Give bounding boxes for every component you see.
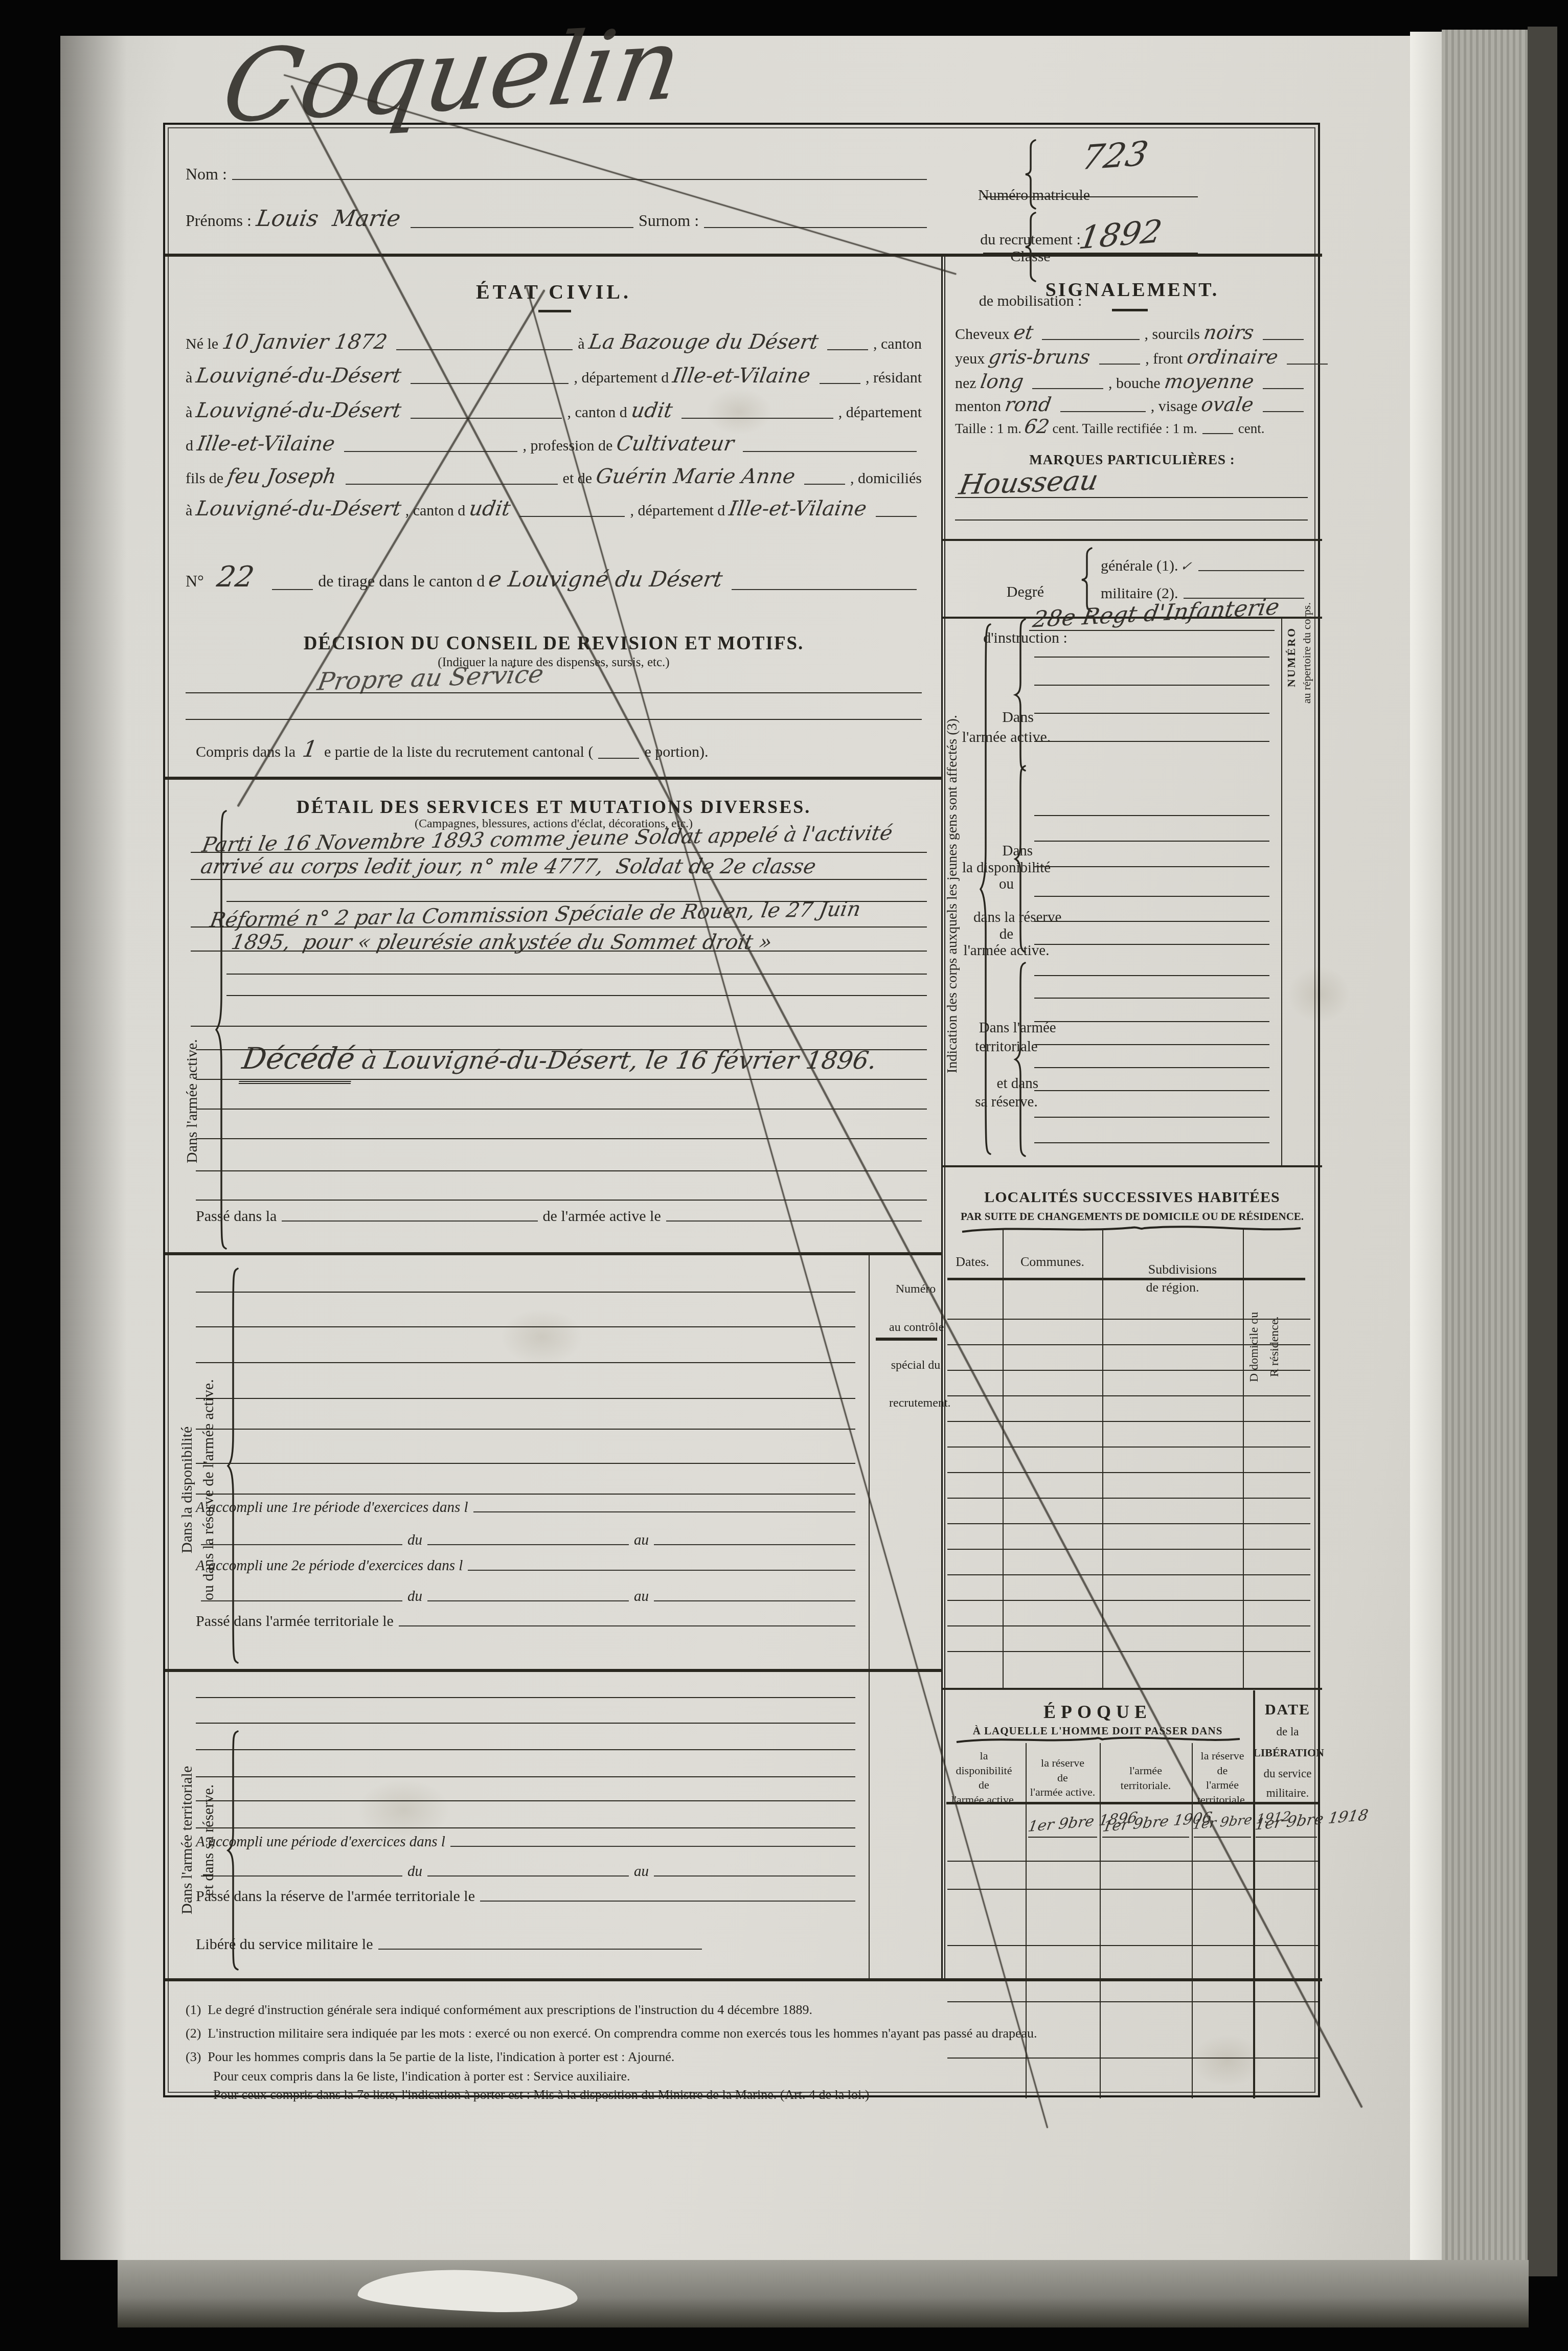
ruled-line	[947, 1319, 1310, 1320]
ruled-line	[196, 1398, 855, 1399]
fill-line	[681, 418, 833, 419]
fill-line	[396, 349, 573, 350]
bouche-label: , bouche	[1108, 375, 1161, 392]
libere-row: Libéré du service militaire le	[196, 1936, 707, 1953]
classe-brace	[1023, 212, 1038, 282]
bottom-page-stack-edge	[118, 2260, 1529, 2327]
ruled-line	[165, 254, 1322, 257]
etat-civil-line-6: à Louvigné-du-Désert , canton d udit , d…	[186, 497, 922, 521]
ruled-line	[947, 1498, 1310, 1499]
footnote-2: (2) L'instruction militaire sera indiqué…	[186, 2024, 1310, 2043]
departement-label: , département	[838, 404, 922, 421]
fill-line	[427, 1875, 629, 1877]
scanned-military-register-sheet: Coquelin Nom : Prénoms : Louis Marie Sur…	[0, 0, 1568, 2351]
compris-row: Compris dans la 1 e partie de la liste d…	[196, 736, 912, 762]
ruled-line	[955, 497, 1308, 498]
ruled-line	[1034, 657, 1269, 658]
ruled-line	[1034, 896, 1269, 897]
ruled-line	[947, 1549, 1310, 1550]
ruled-line	[196, 1049, 927, 1050]
title-dash	[1112, 309, 1148, 311]
corps-active-brace	[1013, 618, 1028, 772]
periode-2-dates-row: du au	[196, 1588, 860, 1605]
departement-label: , département d	[574, 369, 669, 387]
table-divider	[1100, 1743, 1101, 2098]
canton-dudit-handwriting: udit	[468, 497, 513, 521]
fill-line	[1263, 339, 1304, 340]
ruled-line	[1029, 630, 1275, 631]
ruled-line	[196, 1723, 855, 1724]
ruled-line	[196, 1697, 855, 1698]
fill-line	[282, 1220, 537, 1222]
fill-line	[473, 1511, 855, 1512]
compris-label-2: e partie de la liste du recrutement cant…	[324, 743, 593, 761]
ruled-line	[226, 974, 927, 975]
fill-line	[468, 1570, 855, 1571]
fill-line	[666, 1220, 922, 1222]
liberation-header-5: militaire.	[1253, 1784, 1322, 1801]
etat-civil-title: ÉTAT CIVIL.	[165, 277, 942, 307]
ruled-line	[947, 1889, 1318, 1890]
fill-line	[1099, 364, 1140, 365]
corps-territoriale-label: Dans l'arméeterritoriale et danssa réser…	[946, 1000, 1066, 1130]
ruled-line	[947, 1625, 1310, 1626]
prenoms-label: Prénoms :	[186, 211, 252, 230]
du-label: du	[407, 1588, 422, 1605]
periode-1-row: A accompli une 1re période d'exercices d…	[196, 1499, 860, 1516]
epoque-col-2-header: la réserve de l'armée active.	[1026, 1756, 1100, 1800]
fill-line	[344, 451, 518, 452]
ruled-line	[1034, 1090, 1269, 1091]
ruled-line	[947, 1600, 1310, 1601]
sourcils-value-handwriting: noirs	[1202, 321, 1255, 344]
ruled-line	[186, 719, 922, 720]
etat-civil-line-3: à Louvigné-du-Désert , canton d udit , d…	[186, 399, 922, 422]
taille-value-handwriting: 62	[1023, 415, 1051, 438]
yeux-label: yeux	[955, 350, 985, 368]
ruled-line	[191, 852, 927, 853]
fill-line	[411, 418, 562, 419]
prenoms-row: Prénoms : Louis Marie Surnom :	[186, 206, 932, 232]
ruled-line	[196, 1362, 855, 1363]
yeux-value-handwriting: gris-bruns	[987, 346, 1092, 368]
ruled-line	[1256, 1837, 1317, 1838]
taille-label: Taille : 1 m.	[955, 421, 1021, 437]
fill-line	[820, 383, 860, 384]
ruled-line	[196, 1109, 927, 1110]
prenoms-fill-line	[411, 227, 633, 228]
residant-label: , résidant	[866, 369, 922, 387]
ruled-line	[191, 926, 927, 928]
fill-line	[1287, 364, 1328, 365]
ruled-line	[1034, 944, 1269, 945]
ruled-line	[1034, 1021, 1269, 1022]
fill-line	[1202, 433, 1233, 434]
passe-armee-active-row: Passé dans la de l'armée active le	[196, 1208, 927, 1225]
menton-value-handwriting: rond	[1004, 393, 1053, 416]
marques-value-handwriting: Housseau	[957, 464, 1101, 501]
taille-row: Taille : 1 m. 62 cent. Taille rectifiée …	[955, 415, 1309, 438]
profession-label: , profession de	[522, 437, 612, 455]
deces-entry: Décédé à Louvigné-du-Désert, le 16 févri…	[201, 997, 876, 1124]
swash-ornament	[960, 1224, 1303, 1234]
ruled-line	[196, 1800, 855, 1801]
father-handwriting: feu Joseph	[226, 465, 338, 488]
territoriale-side-label-2: et dans sa réserve.	[201, 1746, 216, 1935]
visage-label: , visage	[1151, 398, 1198, 415]
degre-brace	[1079, 547, 1095, 613]
canton-place-handwriting: Louvigné-du-Désert	[195, 364, 403, 388]
fill-line	[654, 1875, 855, 1877]
ruled-line	[226, 995, 927, 996]
fill-line	[654, 1600, 855, 1601]
table-divider	[1003, 1229, 1004, 1688]
fill-line	[378, 1949, 702, 1950]
ruled-line	[947, 1574, 1310, 1575]
ruled-line	[947, 1651, 1310, 1652]
generale-mark-handwriting: ✓	[1179, 559, 1193, 574]
footnote-3: (3) Pour les hommes compris dans la 5e p…	[186, 2047, 1310, 2067]
footnote-5: Pour ceux compris dans la 7e liste, l'in…	[213, 2085, 1307, 2105]
table-divider	[1243, 1229, 1244, 1688]
ruled-line	[1034, 685, 1269, 686]
epoque-title: ÉPOQUE	[942, 1699, 1253, 1725]
etat-civil-line-4: d Ille-et-Vilaine , profession de Cultiv…	[186, 432, 922, 456]
et-de-label: et de	[563, 470, 592, 487]
a-label: à	[186, 502, 192, 519]
localites-col-dates: Dates.	[942, 1252, 1003, 1272]
bouche-value-handwriting: moyenne	[1163, 370, 1255, 393]
departement-handwriting: Ille-et-Vilaine	[195, 432, 336, 456]
ruled-line	[191, 951, 927, 952]
ruled-line	[196, 1170, 927, 1171]
front-value-handwriting: ordinaire	[1185, 346, 1279, 368]
nez-value-handwriting: long	[979, 370, 1025, 393]
localites-side-label-2: R résidence.	[1268, 1247, 1281, 1446]
passe-label-1: Passé dans la	[196, 1208, 277, 1225]
nez-row: nez long , bouche moyenne	[955, 370, 1309, 393]
fill-line	[598, 758, 639, 759]
ruled-line	[942, 617, 1322, 619]
localites-col-communes: Communes.	[1003, 1252, 1102, 1272]
cheveux-row: Cheveux et , sourcils noirs	[955, 321, 1309, 344]
surnom-label: Surnom :	[639, 211, 699, 230]
birth-date-handwriting: 10 Janvier 1872	[220, 330, 389, 354]
table-divider	[1026, 1743, 1027, 2098]
ruled-line	[1034, 713, 1269, 714]
a-label: à	[186, 369, 192, 387]
fill-line	[743, 451, 917, 452]
ruled-line	[196, 1463, 855, 1464]
ruled-line	[1194, 1837, 1251, 1838]
ruled-line	[955, 519, 1308, 521]
cheveux-label: Cheveux	[955, 326, 1010, 343]
du-label: du	[407, 1863, 422, 1880]
swash-ornament	[955, 1735, 1241, 1745]
menton-label: menton	[955, 398, 1001, 415]
localites-title: LOCALITÉS SUCCESSIVES HABITÉES	[942, 1186, 1322, 1209]
ruled-line	[947, 1861, 1318, 1862]
ruled-line	[196, 1292, 855, 1293]
ruled-line	[165, 1252, 942, 1255]
ruled-line	[947, 1446, 1310, 1448]
ruled-line	[947, 1472, 1310, 1473]
footnote-4: Pour ceux compris dans la 6e liste, l'in…	[213, 2067, 1307, 2086]
epoque-col-4-header: la réserve de l'armée territoriale.	[1192, 1749, 1253, 1807]
departement-label: , département d	[630, 502, 725, 519]
ruled-line	[947, 1395, 1310, 1396]
domicile-place-handwriting: Louvigné-du-Désert	[195, 497, 403, 521]
ruled-line	[942, 1165, 1322, 1167]
ruled-line	[196, 1827, 855, 1828]
liberation-header-4: du service	[1253, 1765, 1322, 1782]
fils-de-label: fils de	[186, 470, 223, 487]
ruled-line	[1034, 866, 1269, 867]
repertoire-header-1: NUMÉRO	[1286, 628, 1297, 687]
ruled-line	[947, 1344, 1310, 1345]
surnom-fill-line	[704, 227, 927, 228]
page-edge-highlight	[1410, 32, 1442, 2271]
au-label: au	[634, 1532, 649, 1549]
ruled-line	[946, 1802, 1318, 1804]
au-label: au	[634, 1588, 649, 1605]
ruled-line	[947, 1421, 1310, 1422]
visage-value-handwriting: ovale	[1200, 393, 1256, 416]
liberation-header-2: de la	[1253, 1723, 1322, 1740]
ruled-line	[876, 1338, 937, 1341]
ruled-line	[1034, 921, 1269, 922]
departement-handwriting: Ille-et-Vilaine	[728, 497, 869, 521]
periode-2-row: A accompli une 2e période d'exercices da…	[196, 1557, 860, 1574]
fill-line	[1263, 388, 1304, 389]
tirage-row: N° 22 de tirage dans le canton d e Louvi…	[186, 560, 922, 594]
ruled-line	[947, 2001, 1318, 2002]
armee-active-brace	[214, 810, 229, 1250]
liberation-header-3: LIBÉRATION	[1253, 1745, 1322, 1761]
profession-handwriting: Cultivateur	[615, 432, 736, 456]
table-divider	[1281, 617, 1282, 1165]
periode-1-dates-row: du au	[196, 1532, 860, 1549]
disponibilite-side-label-1: Dans la disponibilité	[179, 1331, 195, 1648]
fill-line	[1042, 339, 1139, 340]
compris-label: Compris dans la	[196, 743, 296, 761]
fill-line	[346, 484, 558, 485]
a-label: à	[578, 335, 584, 353]
fill-line	[732, 589, 917, 590]
ruled-line	[1034, 1067, 1269, 1068]
compris-part-handwriting: 1	[301, 736, 319, 762]
domicilies-label: , domiciliés	[850, 470, 922, 487]
fill-line	[1032, 388, 1103, 389]
liberation-header-1: DATE	[1253, 1699, 1322, 1721]
ruled-line	[165, 777, 942, 780]
localites-subtitle: PAR SUITE DE CHANGEMENTS DE DOMICILE OU …	[942, 1209, 1322, 1224]
fill-line	[399, 1625, 855, 1626]
fill-line	[876, 516, 917, 517]
ruled-line	[942, 539, 1322, 541]
corps-territoriale-brace	[1013, 962, 1028, 1157]
controle-special-header: Numéro au contrôle spécial du recrutemen…	[871, 1261, 942, 1432]
ne-le-label: Né le	[186, 335, 218, 353]
ruled-line	[1028, 1837, 1097, 1838]
ruled-line	[1034, 1117, 1269, 1118]
ruled-line	[947, 2058, 1318, 2059]
generale-label: générale (1).	[1101, 557, 1178, 575]
decede-word-handwriting: Décédé	[239, 1037, 358, 1084]
ruled-line	[947, 1278, 1305, 1280]
disponibilite-side-label-2: ou dans la réserve de l'armée active.	[201, 1296, 216, 1684]
sourcils-label: , sourcils	[1145, 326, 1200, 343]
fill-line	[804, 484, 845, 485]
mother-handwriting: Guérin Marie Anne	[594, 465, 797, 488]
a-label: à	[186, 404, 192, 421]
ruled-line	[196, 1326, 855, 1327]
footnote-1: (1) Le degré d'instruction générale sera…	[186, 2000, 1310, 2020]
ruled-line	[1034, 741, 1269, 742]
nom-row: Nom :	[186, 165, 932, 184]
front-label: , front	[1145, 350, 1183, 368]
fill-line	[450, 1846, 855, 1847]
departement-handwriting: Ille-et-Vilaine	[671, 364, 812, 388]
ruled-line	[1034, 975, 1269, 976]
passe-reserve-territoriale-row: Passé dans la réserve de l'armée territo…	[196, 1888, 860, 1905]
fill-line	[1060, 411, 1146, 412]
etat-civil-line-5: fils de feu Joseph et de Guérin Marie An…	[186, 465, 922, 488]
decision-subtitle: (Indiquer la nature des dispenses, sursi…	[165, 653, 942, 672]
matricule-form: Coquelin Nom : Prénoms : Louis Marie Sur…	[163, 123, 1320, 2097]
ruled-line	[196, 1429, 855, 1430]
ruled-line	[191, 879, 927, 880]
table-divider	[1192, 1743, 1193, 2098]
book-page-stack-edge	[1442, 30, 1528, 2274]
localites-side-label-1: D domicile ou	[1248, 1239, 1260, 1454]
territoriale-periode-row: A accompli une période d'exercices dans …	[196, 1834, 860, 1850]
table-divider	[1253, 1690, 1255, 2098]
ruled-line	[196, 1200, 927, 1201]
territoriale-side-label-1: Dans l'armée territoriale	[179, 1720, 195, 1960]
etat-civil-line-1: Né le 10 Janvier 1872 à La Bazouge du Dé…	[186, 330, 922, 354]
prenoms-value-handwriting: Louis Marie	[255, 206, 402, 232]
service-entry-2-handwriting: arrivé au corps ledit jour, n° mle 4777,…	[199, 855, 818, 878]
nom-label: Nom :	[186, 165, 227, 184]
menton-row: menton rond , visage ovale	[955, 393, 1309, 416]
d-label: d	[186, 437, 193, 455]
ruled-line	[1034, 1044, 1269, 1045]
instruction-generale-row: générale (1). ✓	[1101, 557, 1309, 575]
territoriale-dates-row: du au	[196, 1863, 860, 1880]
compris-label-3: e portion).	[644, 743, 708, 761]
corps-active-label: Dansl'armée active.	[946, 687, 1066, 767]
taille-rectifiee-label: cent. Taille rectifiée : 1 m.	[1052, 421, 1197, 437]
ruled-line	[186, 692, 922, 693]
ruled-line	[947, 1945, 1318, 1946]
book-cover-edge	[1528, 27, 1557, 2276]
ruled-line	[947, 1370, 1310, 1371]
signalement-title: SIGNALEMENT.	[942, 276, 1322, 304]
fill-line	[427, 1544, 629, 1545]
cent-label: cent.	[1238, 421, 1265, 437]
fill-line	[654, 1544, 855, 1545]
fill-line	[1263, 411, 1304, 412]
fill-line	[1198, 570, 1304, 571]
title-dash	[538, 310, 571, 312]
ruled-line	[1034, 815, 1269, 816]
ruled-line	[165, 1669, 942, 1672]
fill-line	[427, 1600, 629, 1601]
tirage-number-handwriting: 22	[215, 560, 257, 594]
territoriale-brace	[225, 1730, 241, 1971]
ruled-line	[165, 1978, 1322, 1981]
matricule-brace	[1023, 139, 1038, 210]
residence-place-handwriting: Louvigné-du-Désert	[195, 399, 403, 422]
du-label: du	[407, 1532, 422, 1549]
table-divider	[869, 1252, 870, 1978]
tirage-label: de tirage dans le canton d	[318, 572, 485, 591]
fill-line	[519, 516, 625, 517]
ruled-line	[942, 1688, 1322, 1690]
corps-disponibilite-label: Dansla disponibilitéou dans la réservede…	[946, 826, 1066, 976]
fill-line	[827, 349, 868, 350]
birth-place-handwriting: La Bazouge du Désert	[587, 330, 820, 354]
ruled-line	[226, 901, 927, 902]
ruled-line	[196, 1494, 855, 1495]
epoque-col-3-header: l'armée territoriale.	[1100, 1764, 1192, 1793]
ruled-line	[1034, 841, 1269, 842]
nom-fill-line	[232, 179, 927, 180]
ruled-line	[196, 1749, 855, 1750]
yeux-row: yeux gris-bruns , front ordinaire	[955, 346, 1309, 368]
corps-disponibilite-brace	[1013, 765, 1028, 953]
ruled-line	[1102, 1837, 1189, 1838]
numero-label: N°	[186, 572, 204, 591]
canton-suffix: , canton	[873, 335, 922, 353]
ruled-line	[1034, 998, 1269, 999]
libere-label: Libéré du service militaire le	[196, 1936, 373, 1953]
nez-label: nez	[955, 375, 976, 392]
cheveux-value-handwriting: et	[1012, 321, 1035, 344]
ruled-line	[196, 1138, 927, 1139]
ruled-line	[983, 196, 1198, 197]
passe-territoriale-row: Passé dans l'armée territoriale le	[196, 1613, 860, 1630]
canton-label: , canton d	[567, 404, 627, 421]
ruled-line	[196, 1776, 855, 1777]
ruled-line	[191, 1026, 927, 1027]
matricule-value-handwriting: 723	[1079, 134, 1151, 178]
au-label: au	[634, 1863, 649, 1880]
fill-line	[272, 589, 313, 590]
canton-dudit-handwriting: udit	[629, 399, 674, 422]
fill-line	[480, 1901, 855, 1902]
repertoire-header-2: au répertoire du corps.	[1301, 612, 1312, 704]
passe-label-2: de l'armée active le	[543, 1208, 661, 1225]
classe-value-handwriting: 1892	[1077, 212, 1165, 256]
ruled-line	[1034, 1142, 1269, 1143]
ruled-line	[947, 1523, 1310, 1524]
